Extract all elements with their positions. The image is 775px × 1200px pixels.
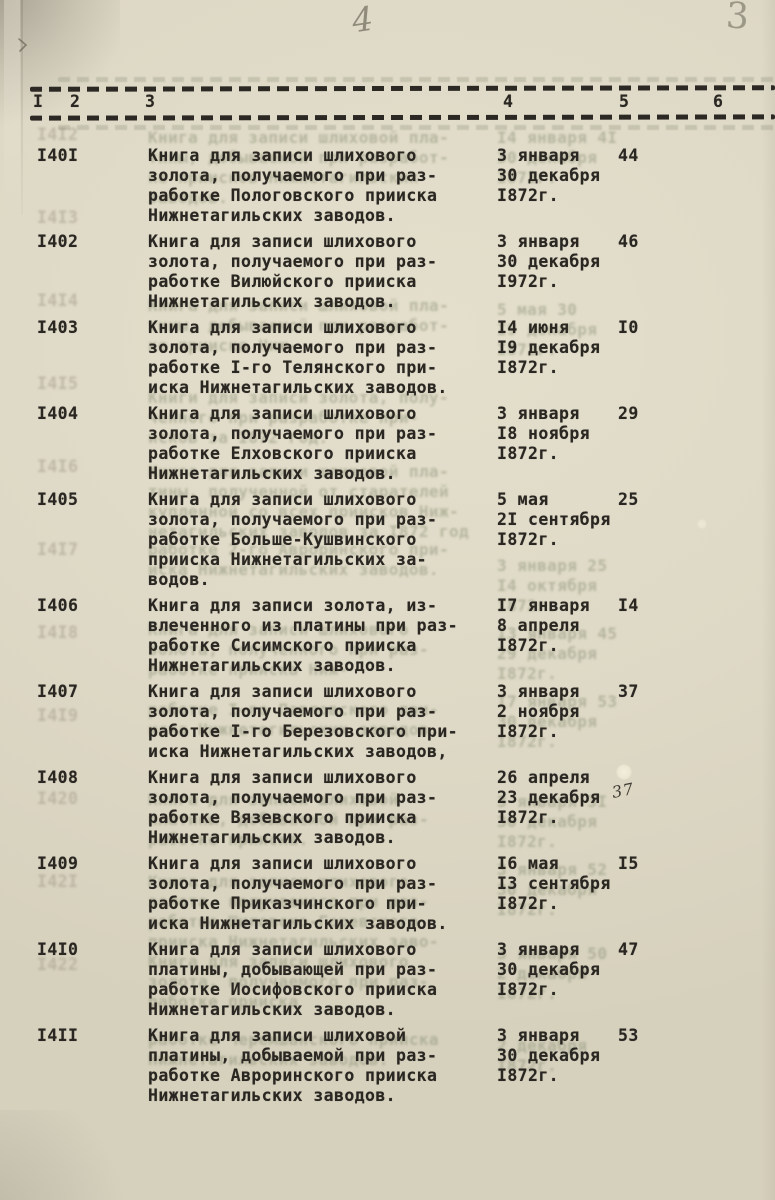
table-row: I4I0Книга для записи шлихового платины, … bbox=[0, 940, 775, 1020]
table-row: I405Книга для записи шлихового золота, п… bbox=[0, 490, 775, 590]
row-description: Книга для записи шлихового золота, получ… bbox=[148, 854, 497, 934]
row-count: 53 bbox=[618, 1026, 639, 1046]
row-description: Книга для записи золота, из- влеченного … bbox=[148, 596, 497, 676]
header-rule-top bbox=[30, 85, 775, 92]
row-dates: I7 января 8 апреля I872г. bbox=[497, 596, 618, 656]
row-dates: 3 января 30 декабря I972г. bbox=[497, 232, 618, 292]
table-row: I404Книга для записи шлихового золота, п… bbox=[0, 404, 775, 484]
handwritten-page-number-center: 4 bbox=[350, 0, 374, 41]
row-count: 46 bbox=[618, 232, 639, 252]
row-description: Книга для записи шлихового золота, получ… bbox=[148, 404, 497, 484]
row-description: Книга для записи шлиховой платины, добыв… bbox=[148, 1026, 497, 1106]
column-header-2: 2 bbox=[70, 92, 80, 112]
row-number: I4II bbox=[0, 1026, 148, 1046]
table-row: I406Книга для записи золота, из- влеченн… bbox=[0, 596, 775, 676]
row-number: I407 bbox=[0, 682, 148, 702]
column-header-5: 5 bbox=[619, 92, 629, 112]
column-header-6: 6 bbox=[713, 92, 723, 112]
row-description: Книга для записи шлихового золота, получ… bbox=[148, 232, 497, 312]
row-number: I403 bbox=[0, 318, 148, 338]
ghost-rule bbox=[58, 125, 775, 130]
row-description: Книга для записи шлихового платины, добы… bbox=[148, 940, 497, 1020]
row-dates: 3 января 30 декабря I872г. bbox=[497, 940, 618, 1000]
row-description: Книга для записи шлихового золота, получ… bbox=[148, 318, 497, 398]
column-header-4: 4 bbox=[503, 92, 513, 112]
row-dates: 3 января I8 ноября I872г. bbox=[497, 404, 618, 464]
row-count-handwritten: 37 bbox=[610, 779, 636, 803]
row-dates: I6 мая I3 сентября I872г. bbox=[497, 854, 618, 914]
row-description: Книга для записи шлихового золота, получ… bbox=[148, 146, 497, 226]
handwritten-page-number-right: 3 bbox=[725, 0, 750, 38]
row-number: I402 bbox=[0, 232, 148, 252]
row-number: I409 bbox=[0, 854, 148, 874]
table-row: I40IКнига для записи шлихового золота, п… bbox=[0, 146, 775, 226]
row-description: Книга для записи шлихового золота, получ… bbox=[148, 490, 497, 590]
row-number: I406 bbox=[0, 596, 148, 616]
row-number: I408 bbox=[0, 768, 148, 788]
table-row: I408Книга для записи шлихового золота, п… bbox=[0, 768, 775, 848]
row-number: I404 bbox=[0, 404, 148, 424]
row-number: I40I bbox=[0, 146, 148, 166]
row-count: 37 bbox=[618, 682, 639, 702]
table-row: I409Книга для записи шлихового золота, п… bbox=[0, 854, 775, 934]
column-header-3: 3 bbox=[145, 92, 155, 112]
row-count: I0 bbox=[618, 318, 639, 338]
row-count: 29 bbox=[618, 404, 639, 424]
row-dates: 5 мая 2I сентября I872г. bbox=[497, 490, 618, 550]
row-count: 47 bbox=[618, 940, 639, 960]
column-header-1: I bbox=[33, 92, 43, 112]
row-number: I4I0 bbox=[0, 940, 148, 960]
ghost-rule bbox=[58, 77, 775, 82]
row-count: 25 bbox=[618, 490, 639, 510]
row-dates: 3 января 30 декабря I872г. bbox=[497, 1026, 618, 1086]
table-row: I403Книга для записи шлихового золота, п… bbox=[0, 318, 775, 398]
register-table: I40IКнига для записи шлихового золота, п… bbox=[0, 146, 775, 1112]
row-count: 44 bbox=[618, 146, 639, 166]
row-count: I4 bbox=[618, 596, 639, 616]
row-dates: I4 июня I9 декабря I872г. bbox=[497, 318, 618, 378]
header-rule-bottom bbox=[30, 114, 775, 120]
table-row: I4IIКнига для записи шлиховой платины, д… bbox=[0, 1026, 775, 1106]
row-dates: 3 января 2 ноября I872г. bbox=[497, 682, 618, 742]
scanned-page: I4I2I4I3I4I4I4I5I4I6I4I7I4I8I4I9I420I42I… bbox=[0, 0, 775, 1200]
row-number: I405 bbox=[0, 490, 148, 510]
row-dates: 26 апреля 23 декабря I872г. bbox=[497, 768, 618, 828]
corner-shadow bbox=[0, 1110, 160, 1200]
row-count: I5 bbox=[618, 854, 639, 874]
table-row: I407Книга для записи шлихового золота, п… bbox=[0, 682, 775, 762]
row-description: Книга для записи шлихового золота, получ… bbox=[148, 768, 497, 848]
table-row: I402Книга для записи шлихового золота, п… bbox=[0, 232, 775, 312]
row-dates: 3 января 30 декабря I872г. bbox=[497, 146, 618, 206]
ink-mark-icon bbox=[17, 36, 29, 54]
row-description: Книга для записи шлихового золота, получ… bbox=[148, 682, 497, 762]
